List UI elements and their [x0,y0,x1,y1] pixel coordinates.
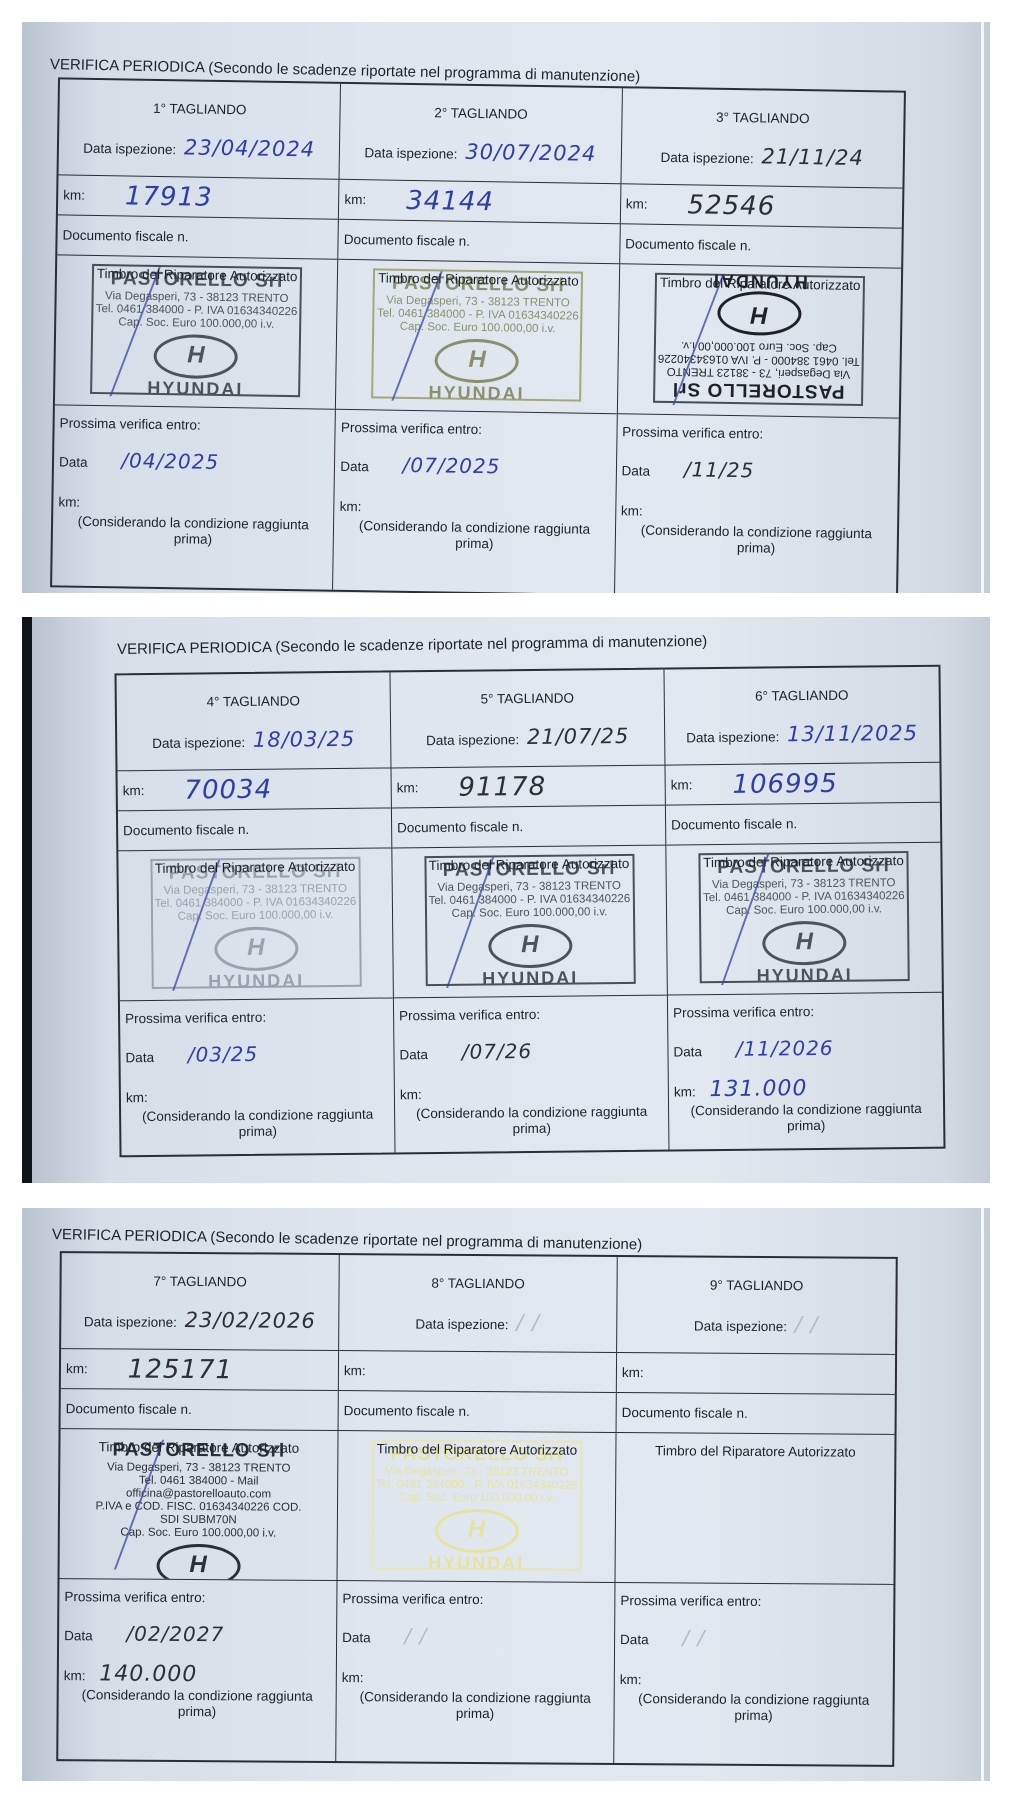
condition-note: (Considerando la condizione raggiunta pr… [347,1689,604,1723]
service-column: 3° TAGLIANDO Data ispezione: 21/11/24 km… [615,88,904,593]
condition-note: (Considerando la condizione raggiunta pr… [405,1104,658,1139]
stamp-line: Cap. Soc. Euro 100.000,00 i.v. [374,1491,580,1505]
next-km-label: km: [621,503,643,518]
stamp-cell: Timbro del Riparatore Autorizzato PASTOR… [55,255,338,409]
service-title: 8° TAGLIANDO [340,1275,617,1292]
km-cell: km: 52546 [620,184,902,228]
next-check-label: Prossima verifica entro: [60,415,201,432]
next-check-label: Prossima verifica entro: [64,1589,205,1605]
service-column: 2° TAGLIANDO Data ispezione: 30/07/2024 … [333,84,622,593]
km-label: km: [397,780,419,795]
next-km-row: km: 140.000 [64,1661,198,1687]
document-photo-2: VERIFICA PERIODICA (Secondo le scadenze … [22,617,990,1183]
inspection-date-row: Data ispezione: 13/11/2025 [665,721,939,748]
next-check-cell: Prossima verifica entro: Data /04/2025 k… [52,405,335,589]
next-date-value[interactable]: /04/2025 [121,448,219,474]
next-km-row: km: [620,1665,652,1690]
service-header-cell: 7° TAGLIANDO Data ispezione: 23/02/2026 [61,1253,339,1351]
next-check-label: Prossima verifica entro: [620,1593,761,1609]
next-km-row: km: [400,1080,432,1105]
condition-note: (Considerando la condizione raggiunta pr… [625,1691,883,1725]
next-km-row: km: [126,1083,158,1108]
next-km-label: km: [340,499,362,514]
service-header-cell: 9° TAGLIANDO Data ispezione: / / [617,1257,896,1355]
km-cell: km: 125171 [61,1349,338,1391]
document-photo-3: VERIFICA PERIODICA (Secondo le scadenze … [22,1208,990,1781]
next-check-cell: Prossima verifica entro: Data / / km: (C… [336,1581,614,1763]
next-check-label: Prossima verifica entro: [673,1004,814,1020]
next-km-label: km: [126,1090,148,1105]
km-label: km: [66,1361,88,1376]
inspection-date-value[interactable]: 30/07/2024 [465,140,596,166]
fiscal-document-cell: Documento fiscale n. [617,1393,895,1435]
next-date-row: Data /02/2027 [64,1621,224,1646]
inspection-date-label: Data ispezione: [83,141,176,157]
inspection-date-row: Data ispezione: 21/07/25 [391,724,664,751]
service-column: 1° TAGLIANDO Data ispezione: 23/04/2024 … [52,79,341,589]
fiscal-document-cell: Documento fiscale n. [339,220,620,264]
km-value[interactable]: 91178 [458,771,546,802]
condition-note: (Considerando la condizione raggiunta pr… [69,1687,326,1721]
inspection-date-value[interactable]: 18/03/25 [253,727,356,752]
page-edge [981,22,984,593]
next-check-label: Prossima verifica entro: [341,420,482,437]
inspection-date-value[interactable]: 23/04/2024 [184,135,315,161]
next-date-label: Data [342,1630,371,1645]
next-check-cell: Prossima verifica entro: Data /03/25 km:… [120,998,395,1155]
inspection-date-value[interactable]: 23/02/2026 [185,1308,316,1333]
service-title: 5° TAGLIANDO [391,690,664,708]
inspection-date-row: Data ispezione: / / [617,1311,895,1337]
service-table: 4° TAGLIANDO Data ispezione: 18/03/25 km… [114,665,945,1158]
next-km-label: km: [64,1668,86,1683]
stamp-label: Timbro del Riparatore Autorizzato [338,1441,615,1458]
stamp-label: Timbro del Riparatore Autorizzato [118,858,391,876]
stamp-cell: Timbro del Riparatore Autorizzato PASTOR… [337,1431,615,1583]
inspection-date-value[interactable]: 13/11/2025 [787,721,918,746]
service-column: 6° TAGLIANDO Data ispezione: 13/11/2025 … [664,667,943,1150]
next-date-label: Data [621,463,650,478]
next-date-value[interactable]: / / [682,1625,705,1649]
next-date-label: Data [59,454,88,469]
stamp-cell: Timbro del Riparatore Autorizzato PASTOR… [336,260,619,414]
km-value[interactable]: 17913 [125,181,213,212]
fiscal-document-label: Documento fiscale n. [344,1403,470,1419]
next-date-value[interactable]: /07/2025 [402,453,500,479]
inspection-date-label: Data ispezione: [426,732,519,748]
condition-note: (Considerando la condizione raggiunta pr… [344,518,605,554]
stamp-label: Timbro del Riparatore Autorizzato [60,1439,337,1456]
next-km-row: km: [58,487,90,512]
inspection-date-value[interactable]: 21/11/24 [761,144,864,170]
condition-note: (Considerando la condizione raggiunta pr… [63,514,324,550]
next-check-cell: Prossima verifica entro: Data /07/2025 k… [333,410,616,593]
fiscal-document-cell: Documento fiscale n. [392,806,665,849]
km-label: km: [626,196,648,211]
inspection-date-row: Data ispezione: 21/11/24 [621,142,903,170]
next-date-value[interactable]: /07/26 [462,1039,533,1064]
next-km-label: km: [674,1084,696,1099]
service-column: 8° TAGLIANDO Data ispezione: / / km: Doc… [336,1255,618,1763]
next-date-value[interactable]: / / [404,1623,427,1647]
next-km-label: km: [58,494,80,509]
inspection-date-row: Data ispezione: 30/07/2024 [340,138,621,166]
inspection-date-row: Data ispezione: / / [339,1309,616,1335]
km-label: km: [63,187,85,202]
next-date-row: Data / / [620,1625,705,1650]
next-km-value[interactable]: 140.000 [99,1661,197,1687]
next-date-label: Data [399,1047,428,1062]
fiscal-document-label: Documento fiscale n. [62,227,188,244]
service-header-cell: 2° TAGLIANDO Data ispezione: 30/07/2024 [340,84,622,184]
fiscal-document-label: Documento fiscale n. [66,1401,192,1417]
section-heading: VERIFICA PERIODICA (Secondo le scadenze … [52,1226,642,1253]
service-table: 1° TAGLIANDO Data ispezione: 23/04/2024 … [50,77,906,593]
fiscal-document-label: Documento fiscale n. [671,816,797,832]
next-date-row: Data /07/2025 [340,452,500,479]
service-column: 4° TAGLIANDO Data ispezione: 18/03/25 km… [117,672,396,1155]
fiscal-document-label: Documento fiscale n. [622,1405,748,1421]
stamp-label: Timbro del Riparatore Autorizzato [392,856,665,874]
hyundai-logo-icon [434,1509,518,1554]
stamp-brand: HYUNDAI [373,1552,579,1574]
next-date-value[interactable]: /11/2026 [736,1036,834,1061]
fiscal-document-cell: Documento fiscale n. [339,1391,616,1433]
next-date-row: Data /04/2025 [59,447,219,474]
next-date-label: Data [620,1632,649,1647]
stamp-cell: Timbro del Riparatore Autorizzato PASTOR… [392,846,667,999]
fiscal-document-cell: Documento fiscale n. [620,224,902,268]
document-photo-1: VERIFICA PERIODICA (Secondo le scadenze … [22,22,990,593]
service-table: 7° TAGLIANDO Data ispezione: 23/02/2026 … [56,1251,898,1767]
km-label: km: [344,192,366,207]
next-check-label: Prossima verifica entro: [342,1591,483,1607]
km-cell: km: 91178 [391,766,664,809]
fiscal-document-label: Documento fiscale n. [397,819,523,835]
inspection-date-value[interactable]: / / [795,1312,819,1336]
stamp-label: Timbro del Riparatore Autorizzato [666,853,940,871]
next-km-row: km: [342,1663,374,1688]
service-title: 9° TAGLIANDO [618,1277,896,1294]
next-date-row: Data /11/25 [621,456,754,482]
inspection-date-label: Data ispezione: [661,150,754,166]
km-label: km: [344,1363,366,1378]
inspection-date-label: Data ispezione: [364,145,457,161]
km-cell: km: [339,1351,616,1393]
next-check-cell: Prossima verifica entro: Data /02/2027 k… [58,1579,336,1761]
stamp-cell: Timbro del Riparatore Autorizzato PASTOR… [617,264,901,418]
stamp-cell: Timbro del Riparatore Autorizzato PASTOR… [666,843,942,996]
service-title: 3° TAGLIANDO [622,108,904,127]
km-cell: km: 70034 [118,768,391,811]
km-value[interactable]: 34144 [406,185,494,216]
service-header-cell: 4° TAGLIANDO Data ispezione: 18/03/25 [117,672,391,771]
next-date-row: Data /07/26 [399,1039,532,1064]
service-column: 7° TAGLIANDO Data ispezione: 23/02/2026 … [58,1253,340,1761]
next-km-label: km: [620,1672,642,1687]
inspection-date-value[interactable]: / / [516,1310,540,1334]
inspection-date-row: Data ispezione: 18/03/25 [117,726,390,753]
inspection-date-value[interactable]: 21/07/25 [527,724,630,749]
service-header-cell: 6° TAGLIANDO Data ispezione: 13/11/2025 [664,667,939,766]
next-km-label: km: [342,1670,364,1685]
next-check-cell: Prossima verifica entro: Data /11/2026 k… [668,993,944,1150]
fiscal-document-cell: Documento fiscale n. [61,1389,338,1431]
next-check-label: Prossima verifica entro: [399,1007,540,1023]
km-label: km: [123,783,145,798]
service-column: 5° TAGLIANDO Data ispezione: 21/07/25 km… [390,670,669,1153]
service-header-cell: 3° TAGLIANDO Data ispezione: 21/11/24 [621,88,904,188]
next-check-cell: Prossima verifica entro: Data / / km: (C… [614,1583,893,1765]
next-date-row: Data /11/2026 [673,1036,833,1062]
fiscal-document-label: Documento fiscale n. [344,232,470,249]
km-cell: km: [617,1353,895,1395]
service-header-cell: 5° TAGLIANDO Data ispezione: 21/07/25 [390,670,664,769]
next-km-row: km: [340,492,372,517]
service-title: 2° TAGLIANDO [341,104,622,123]
next-km-label: km: [400,1087,422,1102]
inspection-date-label: Data ispezione: [415,1317,508,1333]
next-date-row: Data /03/25 [125,1042,258,1067]
next-km-row: km: [621,496,653,521]
next-date-label: Data [125,1050,154,1065]
next-date-value[interactable]: /03/25 [188,1042,259,1067]
next-km-row: km: 131.000 [674,1076,808,1102]
km-value[interactable]: 125171 [128,1354,233,1385]
service-title: 4° TAGLIANDO [117,692,390,710]
next-date-value[interactable]: /02/2027 [126,1622,224,1647]
km-label: km: [671,777,693,792]
fiscal-document-cell: Documento fiscale n. [666,803,940,846]
inspection-date-row: Data ispezione: 23/04/2024 [59,133,340,161]
next-date-label: Data [340,459,369,474]
next-check-label: Prossima verifica entro: [125,1010,266,1026]
next-km-value[interactable]: 131.000 [709,1076,807,1102]
next-check-cell: Prossima verifica entro: Data /07/26 km:… [394,996,669,1153]
fiscal-document-cell: Documento fiscale n. [118,808,391,851]
km-cell: km: 34144 [339,180,620,224]
next-date-label: Data [673,1044,702,1059]
service-title: 6° TAGLIANDO [665,687,939,705]
km-value[interactable]: 70034 [184,774,272,805]
next-date-label: Data [64,1628,93,1643]
fiscal-document-label: Documento fiscale n. [123,822,249,838]
inspection-date-label: Data ispezione: [84,1314,177,1330]
page-edge [981,1208,984,1781]
km-value[interactable]: 52546 [687,190,775,221]
condition-note: (Considerando la condizione raggiunta pr… [625,522,887,558]
section-heading: VERIFICA PERIODICA (Secondo le scadenze … [117,633,707,658]
condition-note: (Considerando la condizione raggiunta pr… [679,1101,933,1136]
next-check-cell: Prossima verifica entro: Data /11/25 km:… [615,414,899,593]
inspection-date-row: Data ispezione: 23/02/2026 [61,1307,338,1333]
service-title: 1° TAGLIANDO [59,99,340,118]
stamp-label: Timbro del Riparatore Autorizzato [616,1443,894,1460]
km-cell: km: 106995 [665,763,939,806]
inspection-date-label: Data ispezione: [694,1319,787,1335]
fiscal-document-cell: Documento fiscale n. [57,215,338,259]
stamp-cell: Timbro del Riparatore Autorizzato [615,1433,894,1585]
inspection-date-label: Data ispezione: [686,729,779,745]
next-date-row: Data / / [342,1623,427,1648]
service-header-cell: 8° TAGLIANDO Data ispezione: / / [339,1255,617,1353]
km-value[interactable]: 106995 [732,768,838,799]
service-column: 9° TAGLIANDO Data ispezione: / / km: Doc… [614,1257,896,1765]
service-header-cell: 1° TAGLIANDO Data ispezione: 23/04/2024 [59,79,341,179]
condition-note: (Considerando la condizione raggiunta pr… [131,1107,384,1142]
service-title: 7° TAGLIANDO [62,1273,339,1290]
stamp-cell: Timbro del Riparatore Autorizzato PASTOR… [60,1429,338,1581]
next-check-label: Prossima verifica entro: [622,424,763,441]
km-cell: km: 17913 [58,175,339,219]
fiscal-document-label: Documento fiscale n. [625,236,751,253]
stamp-cell: Timbro del Riparatore Autorizzato PASTOR… [118,848,393,1001]
repairer-stamp: PASTORELLO SrlVia Degasperi, 73 - 38123 … [371,1439,582,1570]
km-label: km: [622,1365,644,1380]
next-date-value[interactable]: /11/25 [684,457,755,482]
inspection-date-label: Data ispezione: [152,735,245,751]
